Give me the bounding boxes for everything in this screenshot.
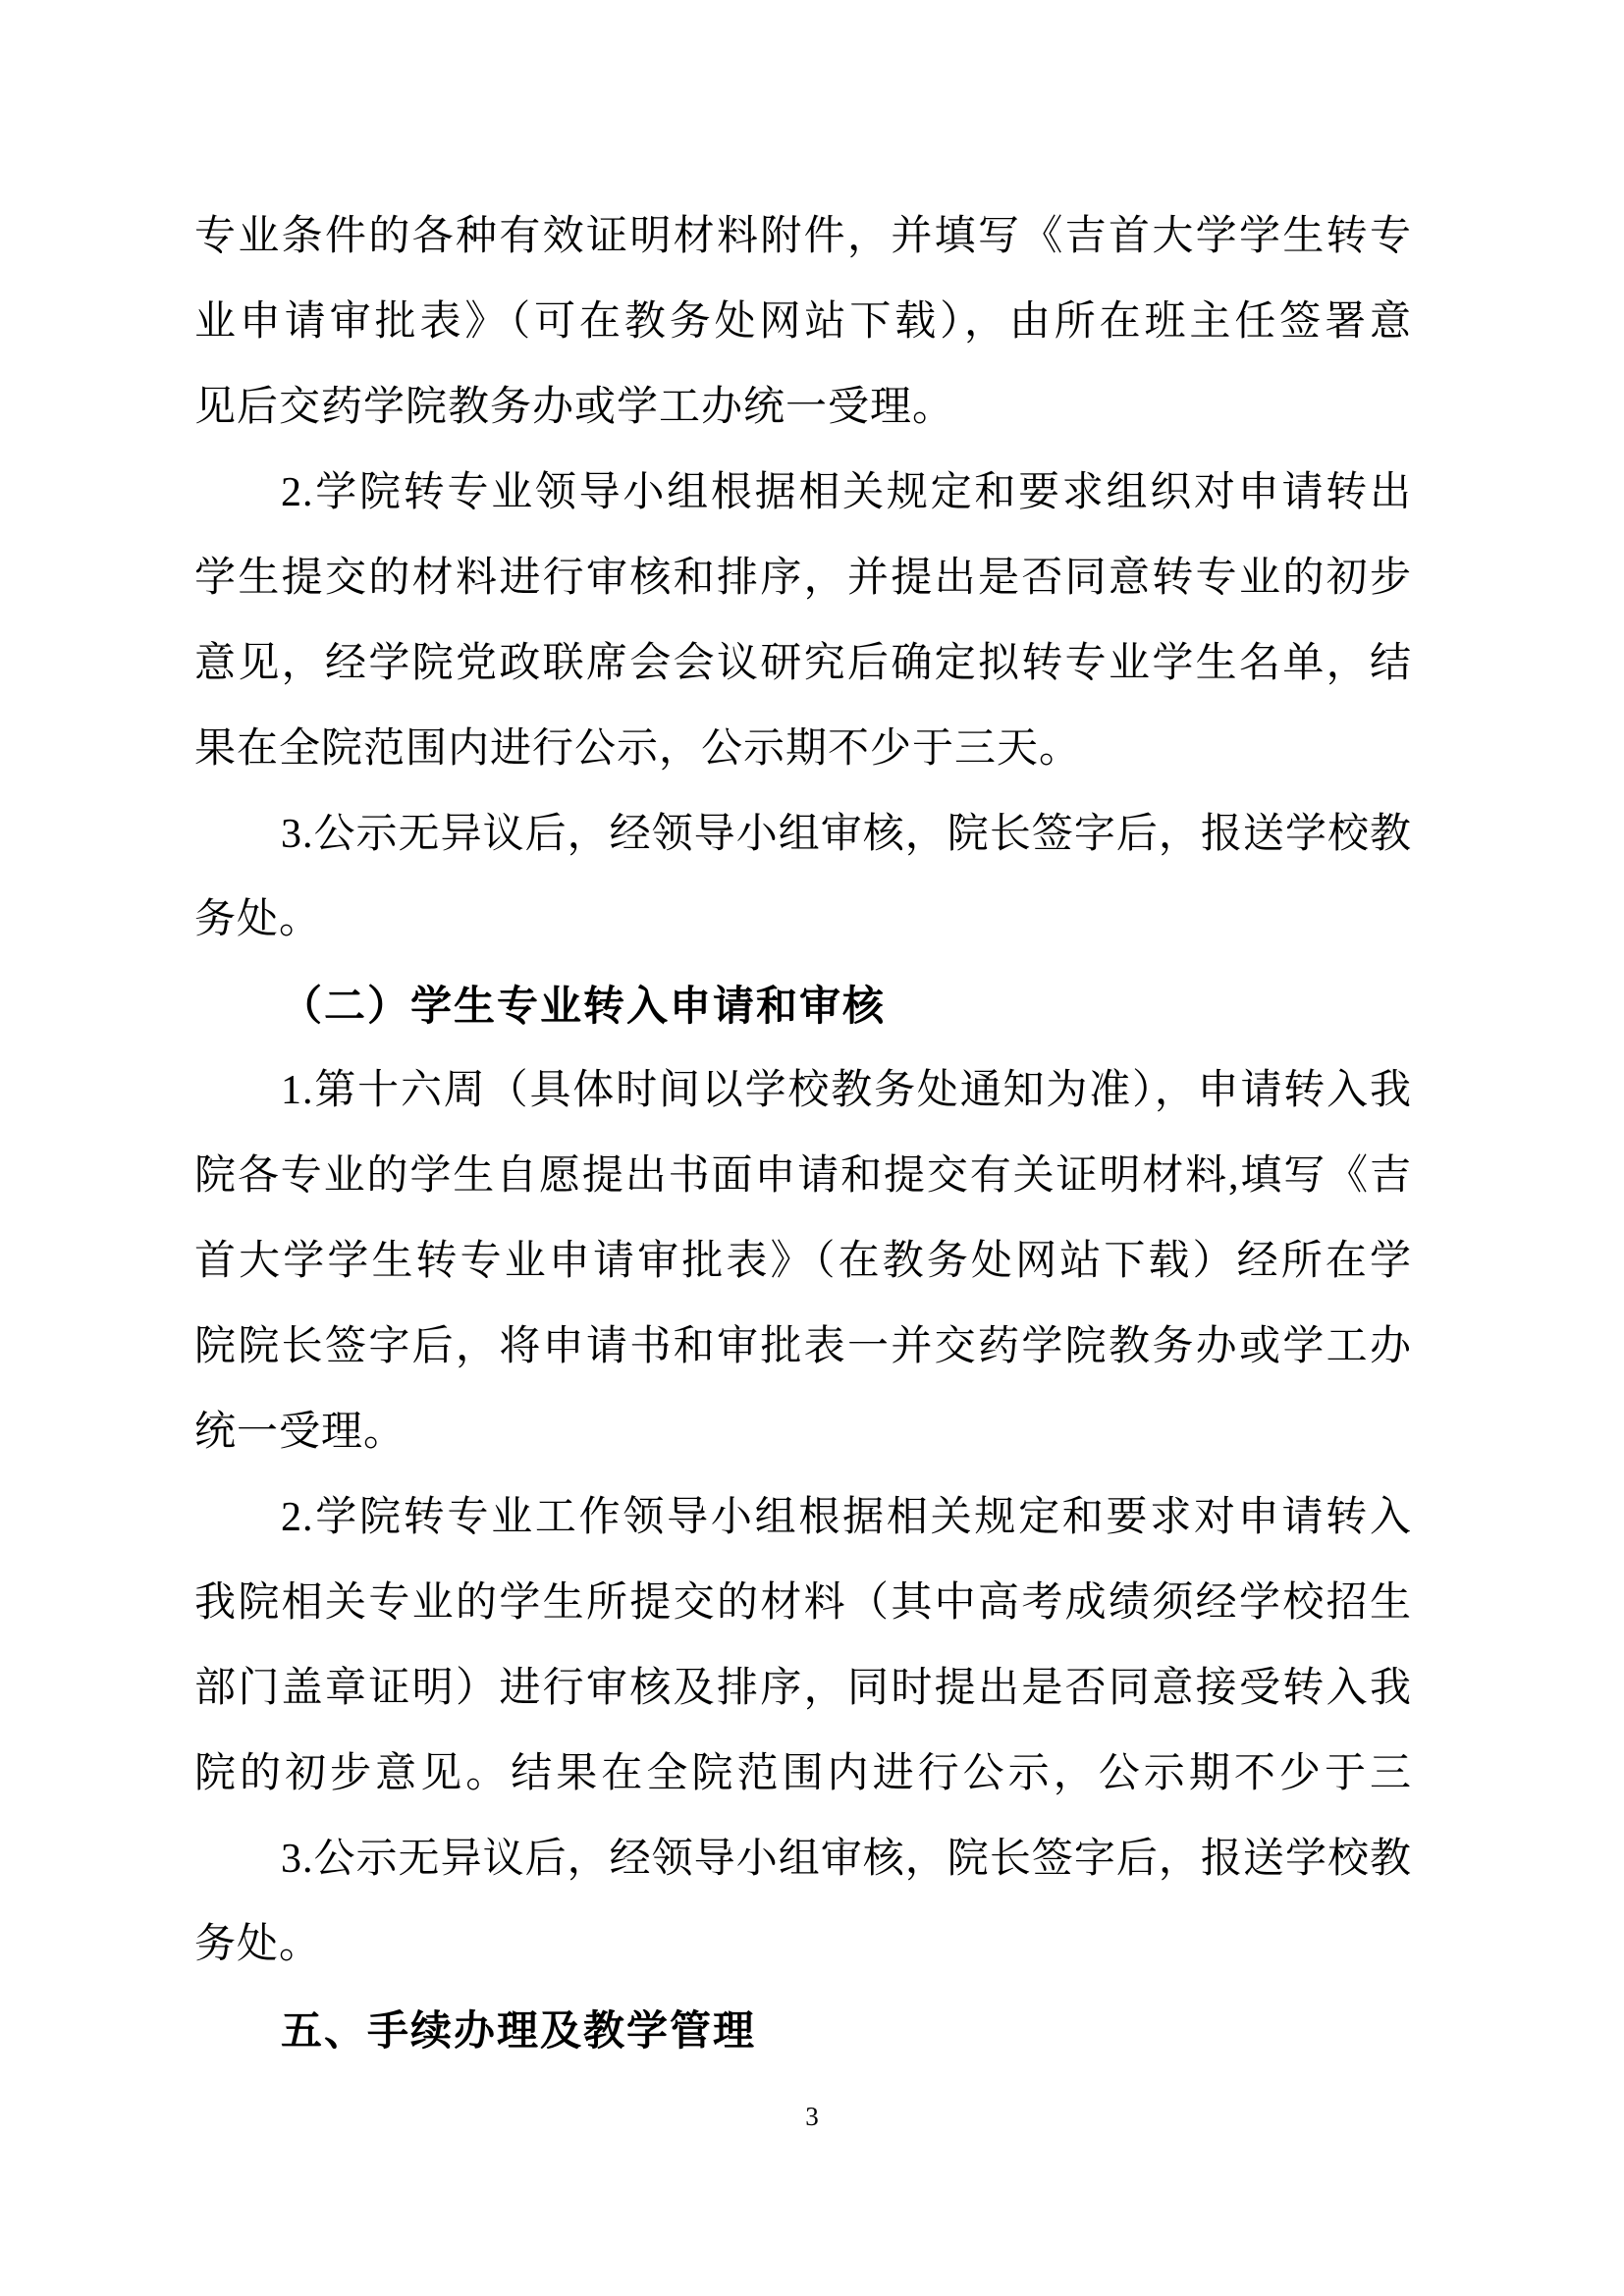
text-line: 部门盖章证明）进行审核及排序，同时提出是否同意接受转入我 bbox=[194, 1646, 1412, 1732]
section-heading: （二）学生专业转入申请和审核 bbox=[194, 963, 1412, 1048]
text-line: 务处。 bbox=[194, 1902, 1412, 1988]
text-line: 院各专业的学生自愿提出书面申请和提交有关证明材料,填写《吉 bbox=[194, 1134, 1412, 1219]
text-line: 我院相关专业的学生所提交的材料（其中高考成绩须经学校招生 bbox=[194, 1561, 1412, 1646]
text-line: 见后交药学院教务办或学工办统一受理。 bbox=[194, 365, 1412, 451]
text-line: 务处。 bbox=[194, 878, 1412, 963]
section-heading: 五、手续办理及教学管理 bbox=[194, 1988, 1412, 2073]
text-line: 统一受理。 bbox=[194, 1390, 1412, 1475]
text-line: 学生提交的材料进行审核和排序，并提出是否同意转专业的初步 bbox=[194, 536, 1412, 621]
text-line: 1.第十六周（具体时间以学校教务处通知为准），申请转入我 bbox=[194, 1048, 1412, 1134]
text-line: 3.公示无异议后，经领导小组审核，院长签字后，报送学校教 bbox=[194, 792, 1412, 878]
text-line: 3.公示无异议后，经领导小组审核，院长签字后，报送学校教 bbox=[194, 1817, 1412, 1902]
text-line: 意见，经学院党政联席会会议研究后确定拟转专业学生名单，结 bbox=[194, 621, 1412, 707]
text-line: 首大学学生转专业申请审批表》（在教务处网站下载）经所在学 bbox=[194, 1219, 1412, 1305]
document-page: 专业条件的各种有效证明材料附件，并填写《吉首大学学生转专业申请审批表》（可在教务… bbox=[0, 0, 1624, 2296]
text-line: 2.学院转专业工作领导小组根据相关规定和要求对申请转入 bbox=[194, 1475, 1412, 1561]
document-body: 专业条件的各种有效证明材料附件，并填写《吉首大学学生转专业申请审批表》（可在教务… bbox=[194, 194, 1412, 2073]
text-line: 院的初步意见。结果在全院范围内进行公示，公示期不少于三天。 bbox=[194, 1732, 1412, 1817]
text-line: 2.学院转专业领导小组根据相关规定和要求组织对申请转出 bbox=[194, 451, 1412, 536]
text-line: 专业条件的各种有效证明材料附件，并填写《吉首大学学生转专 bbox=[194, 194, 1412, 280]
text-line: 业申请审批表》（可在教务处网站下载），由所在班主任签署意 bbox=[194, 280, 1412, 365]
text-line: 院院长签字后，将申请书和审批表一并交药学院教务办或学工办 bbox=[194, 1305, 1412, 1390]
text-line: 果在全院范围内进行公示，公示期不少于三天。 bbox=[194, 707, 1412, 792]
page-number: 3 bbox=[0, 2101, 1624, 2132]
